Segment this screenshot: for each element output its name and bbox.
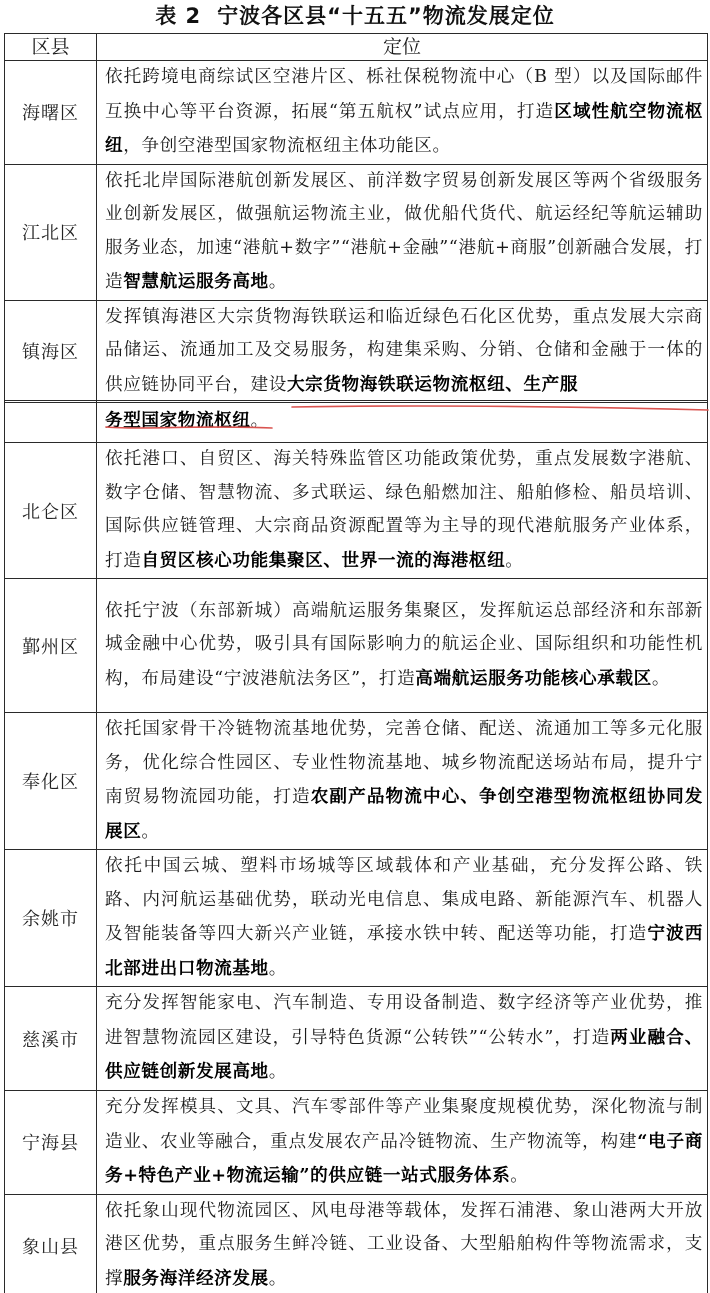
- positioning-cell: 依托宁波（东部新城）高端航运服务集聚区，发挥航运总部经济和东部新城金融中心优势，…: [97, 579, 708, 713]
- body-text: 充分发挥模具、文具、汽车零部件等产业集聚度规模优势，深化物流与制造业、农业等融合…: [105, 1097, 703, 1152]
- district-cell: 宁海县: [5, 1091, 97, 1195]
- highlight-text: 大宗货物海铁联运物流枢纽、生产服: [287, 374, 578, 395]
- header-district: 区县: [5, 34, 97, 61]
- highlight-text: 智慧航运服务高地: [123, 271, 269, 292]
- positioning-cell: 依托象山现代物流园区、风电母港等载体，发挥石浦港、象山港两大开放港区优势，重点服…: [97, 1194, 708, 1293]
- body-text: ，争创空港型国家物流枢纽主体功能区。: [123, 136, 451, 156]
- table-number: 表 2: [155, 4, 201, 28]
- highlight-text: 高端航运服务功能核心承载区: [415, 668, 652, 689]
- positioning-cell: 依托港口、自贸区、海关特殊监管区功能政策优势，重点发展数字港航、数字仓储、智慧物…: [97, 443, 708, 579]
- table-row: 北仑区依托港口、自贸区、海关特殊监管区功能政策优势，重点发展数字港航、数字仓储、…: [5, 443, 708, 579]
- table-row: 镇海区发挥镇海港区大宗货物海铁联运和临近绿色石化区优势，重点发展大宗商品储运、流…: [5, 300, 708, 403]
- body-text: 。: [269, 959, 287, 979]
- body-text: 依托中国云城、塑料市场城等区域载体和产业基础，充分发挥公路、铁路、内河航运基础优…: [105, 856, 703, 944]
- district-cell: 象山县: [5, 1194, 97, 1293]
- red-pen-stroke: [290, 404, 710, 412]
- table-row: 余姚市依托中国云城、塑料市场城等区域载体和产业基础，充分发挥公路、铁路、内河航运…: [5, 850, 708, 987]
- district-cell: 北仑区: [5, 443, 97, 579]
- district-cell: 余姚市: [5, 850, 97, 987]
- table-row: 象山县依托象山现代物流园区、风电母港等载体，发挥石浦港、象山港两大开放港区优势，…: [5, 1194, 708, 1293]
- red-pen-underline: [104, 421, 274, 431]
- table-row: 奉化区依托国家骨干冷链物流基地优势，完善仓储、配送、流通加工等多元化服务，优化综…: [5, 713, 708, 850]
- body-text: 。: [269, 1269, 287, 1289]
- positioning-cell: 依托中国云城、塑料市场城等区域载体和产业基础，充分发挥公路、铁路、内河航运基础优…: [97, 850, 708, 987]
- positioning-cell: 充分发挥模具、文具、汽车零部件等产业集聚度规模优势，深化物流与制造业、农业等融合…: [97, 1091, 708, 1195]
- positioning-table-part-1: 区县 定位 海曙区依托跨境电商综试区空港片区、栎社保税物流中心（B 型）以及国际…: [4, 33, 708, 403]
- header-positioning: 定位: [97, 34, 708, 61]
- positioning-table-part-2: 务型国家物流枢纽。北仑区依托港口、自贸区、海关特殊监管区功能政策优势，重点发展数…: [4, 400, 708, 1293]
- empty-district-cell: [5, 401, 97, 443]
- district-cell: 江北区: [5, 164, 97, 300]
- positioning-cell: 依托国家骨干冷链物流基地优势，完善仓储、配送、流通加工等多元化服务，优化综合性园…: [97, 713, 708, 850]
- highlight-text: 自贸区核心功能集聚区、世界一流的海港枢纽: [141, 550, 505, 571]
- highlight-text: 服务海洋经济发展: [123, 1268, 269, 1289]
- body-text: 。: [510, 1166, 528, 1186]
- table-row: 慈溪市充分发挥智能家电、汽车制造、专用设备制造、数字经济等产业优势，推进智慧物流…: [5, 987, 708, 1091]
- table-row: 鄞州区依托宁波（东部新城）高端航运服务集聚区，发挥航运总部经济和东部新城金融中心…: [5, 579, 708, 713]
- table-title: 宁波各区县“十五五”物流发展定位: [217, 4, 555, 28]
- body-text: 。: [652, 669, 670, 689]
- positioning-cell: 依托跨境电商综试区空港片区、栎社保税物流中心（B 型）以及国际邮件互换中心等平台…: [97, 61, 708, 165]
- positioning-cell: 发挥镇海港区大宗货物海铁联运和临近绿色石化区优势，重点发展大宗商品储运、流通加工…: [97, 300, 708, 403]
- table-row: 江北区依托北岸国际港航创新发展区、前洋数字贸易创新发展区等两个省级服务业创新发展…: [5, 164, 708, 300]
- table-row: 海曙区依托跨境电商综试区空港片区、栎社保税物流中心（B 型）以及国际邮件互换中心…: [5, 61, 708, 165]
- district-cell: 鄞州区: [5, 579, 97, 713]
- positioning-cell: 依托北岸国际港航创新发展区、前洋数字贸易创新发展区等两个省级服务业创新发展区，做…: [97, 164, 708, 300]
- body-text: 。: [141, 822, 159, 842]
- header-row: 区县 定位: [5, 34, 708, 61]
- table-caption: 表 2宁波各区县“十五五”物流发展定位: [0, 2, 710, 30]
- positioning-cell: 充分发挥智能家电、汽车制造、专用设备制造、数字经济等产业优势，推进智慧物流园区建…: [97, 987, 708, 1091]
- body-text: 。: [269, 272, 287, 292]
- body-text: 。: [505, 551, 523, 571]
- district-cell: 镇海区: [5, 300, 97, 403]
- district-cell: 海曙区: [5, 61, 97, 165]
- body-text: 。: [269, 1062, 287, 1082]
- district-cell: 慈溪市: [5, 987, 97, 1091]
- district-cell: 奉化区: [5, 713, 97, 850]
- highlight-text: 的供应链一站式服务体系: [310, 1165, 510, 1186]
- table-row: 宁海县充分发挥模具、文具、汽车零部件等产业集聚度规模优势，深化物流与制造业、农业…: [5, 1091, 708, 1195]
